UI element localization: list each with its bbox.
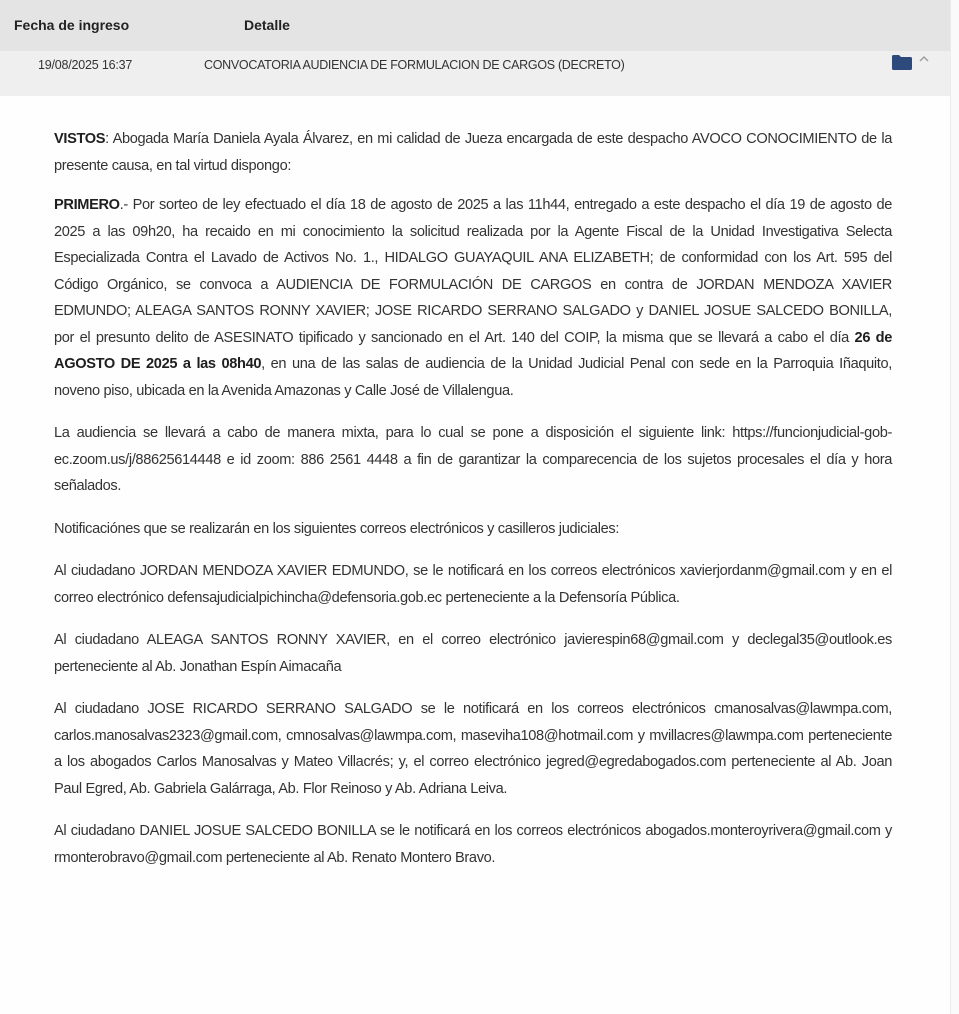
paragraph-notificaciones: Notificaciónes que se realizarán en los … [54, 516, 892, 543]
table-row[interactable]: 19/08/2025 16:37 CONVOCATORIA AUDIENCIA … [0, 51, 950, 96]
right-edge-scroll-area [950, 0, 959, 1014]
paragraph-serrano: Al ciudadano JOSE RICARDO SERRANO SALGAD… [54, 696, 892, 802]
column-header-detalle[interactable]: Detalle [244, 17, 290, 33]
chevron-up-icon[interactable] [918, 53, 930, 65]
paragraph-primero: PRIMERO.- Por sorteo de ley efectuado el… [54, 192, 892, 404]
document-panel: VISTOS: Abogada María Daniela Ayala Álva… [0, 96, 950, 1014]
row-detalle: CONVOCATORIA AUDIENCIA DE FORMULACION DE… [204, 58, 624, 72]
paragraph-jordan: Al ciudadano JORDAN MENDOZA XAVIER EDMUN… [54, 558, 892, 611]
folder-icon[interactable] [892, 55, 912, 70]
paragraph-salcedo: Al ciudadano DANIEL JOSUE SALCEDO BONILL… [54, 818, 892, 871]
table-header: Fecha de ingreso Detalle [0, 0, 950, 51]
paragraph-audiencia: La audiencia se llevará a cabo de manera… [54, 420, 892, 500]
row-fecha: 19/08/2025 16:37 [38, 58, 132, 72]
paragraph-aleaga: Al ciudadano ALEAGA SANTOS RONNY XAVIER,… [54, 627, 892, 680]
vistos-label: VISTOS [54, 131, 105, 147]
document-body: VISTOS: Abogada María Daniela Ayala Álva… [54, 126, 892, 887]
column-header-fecha[interactable]: Fecha de ingreso [14, 17, 129, 33]
primero-label: PRIMERO [54, 197, 120, 213]
paragraph-vistos: VISTOS: Abogada María Daniela Ayala Álva… [54, 126, 892, 179]
